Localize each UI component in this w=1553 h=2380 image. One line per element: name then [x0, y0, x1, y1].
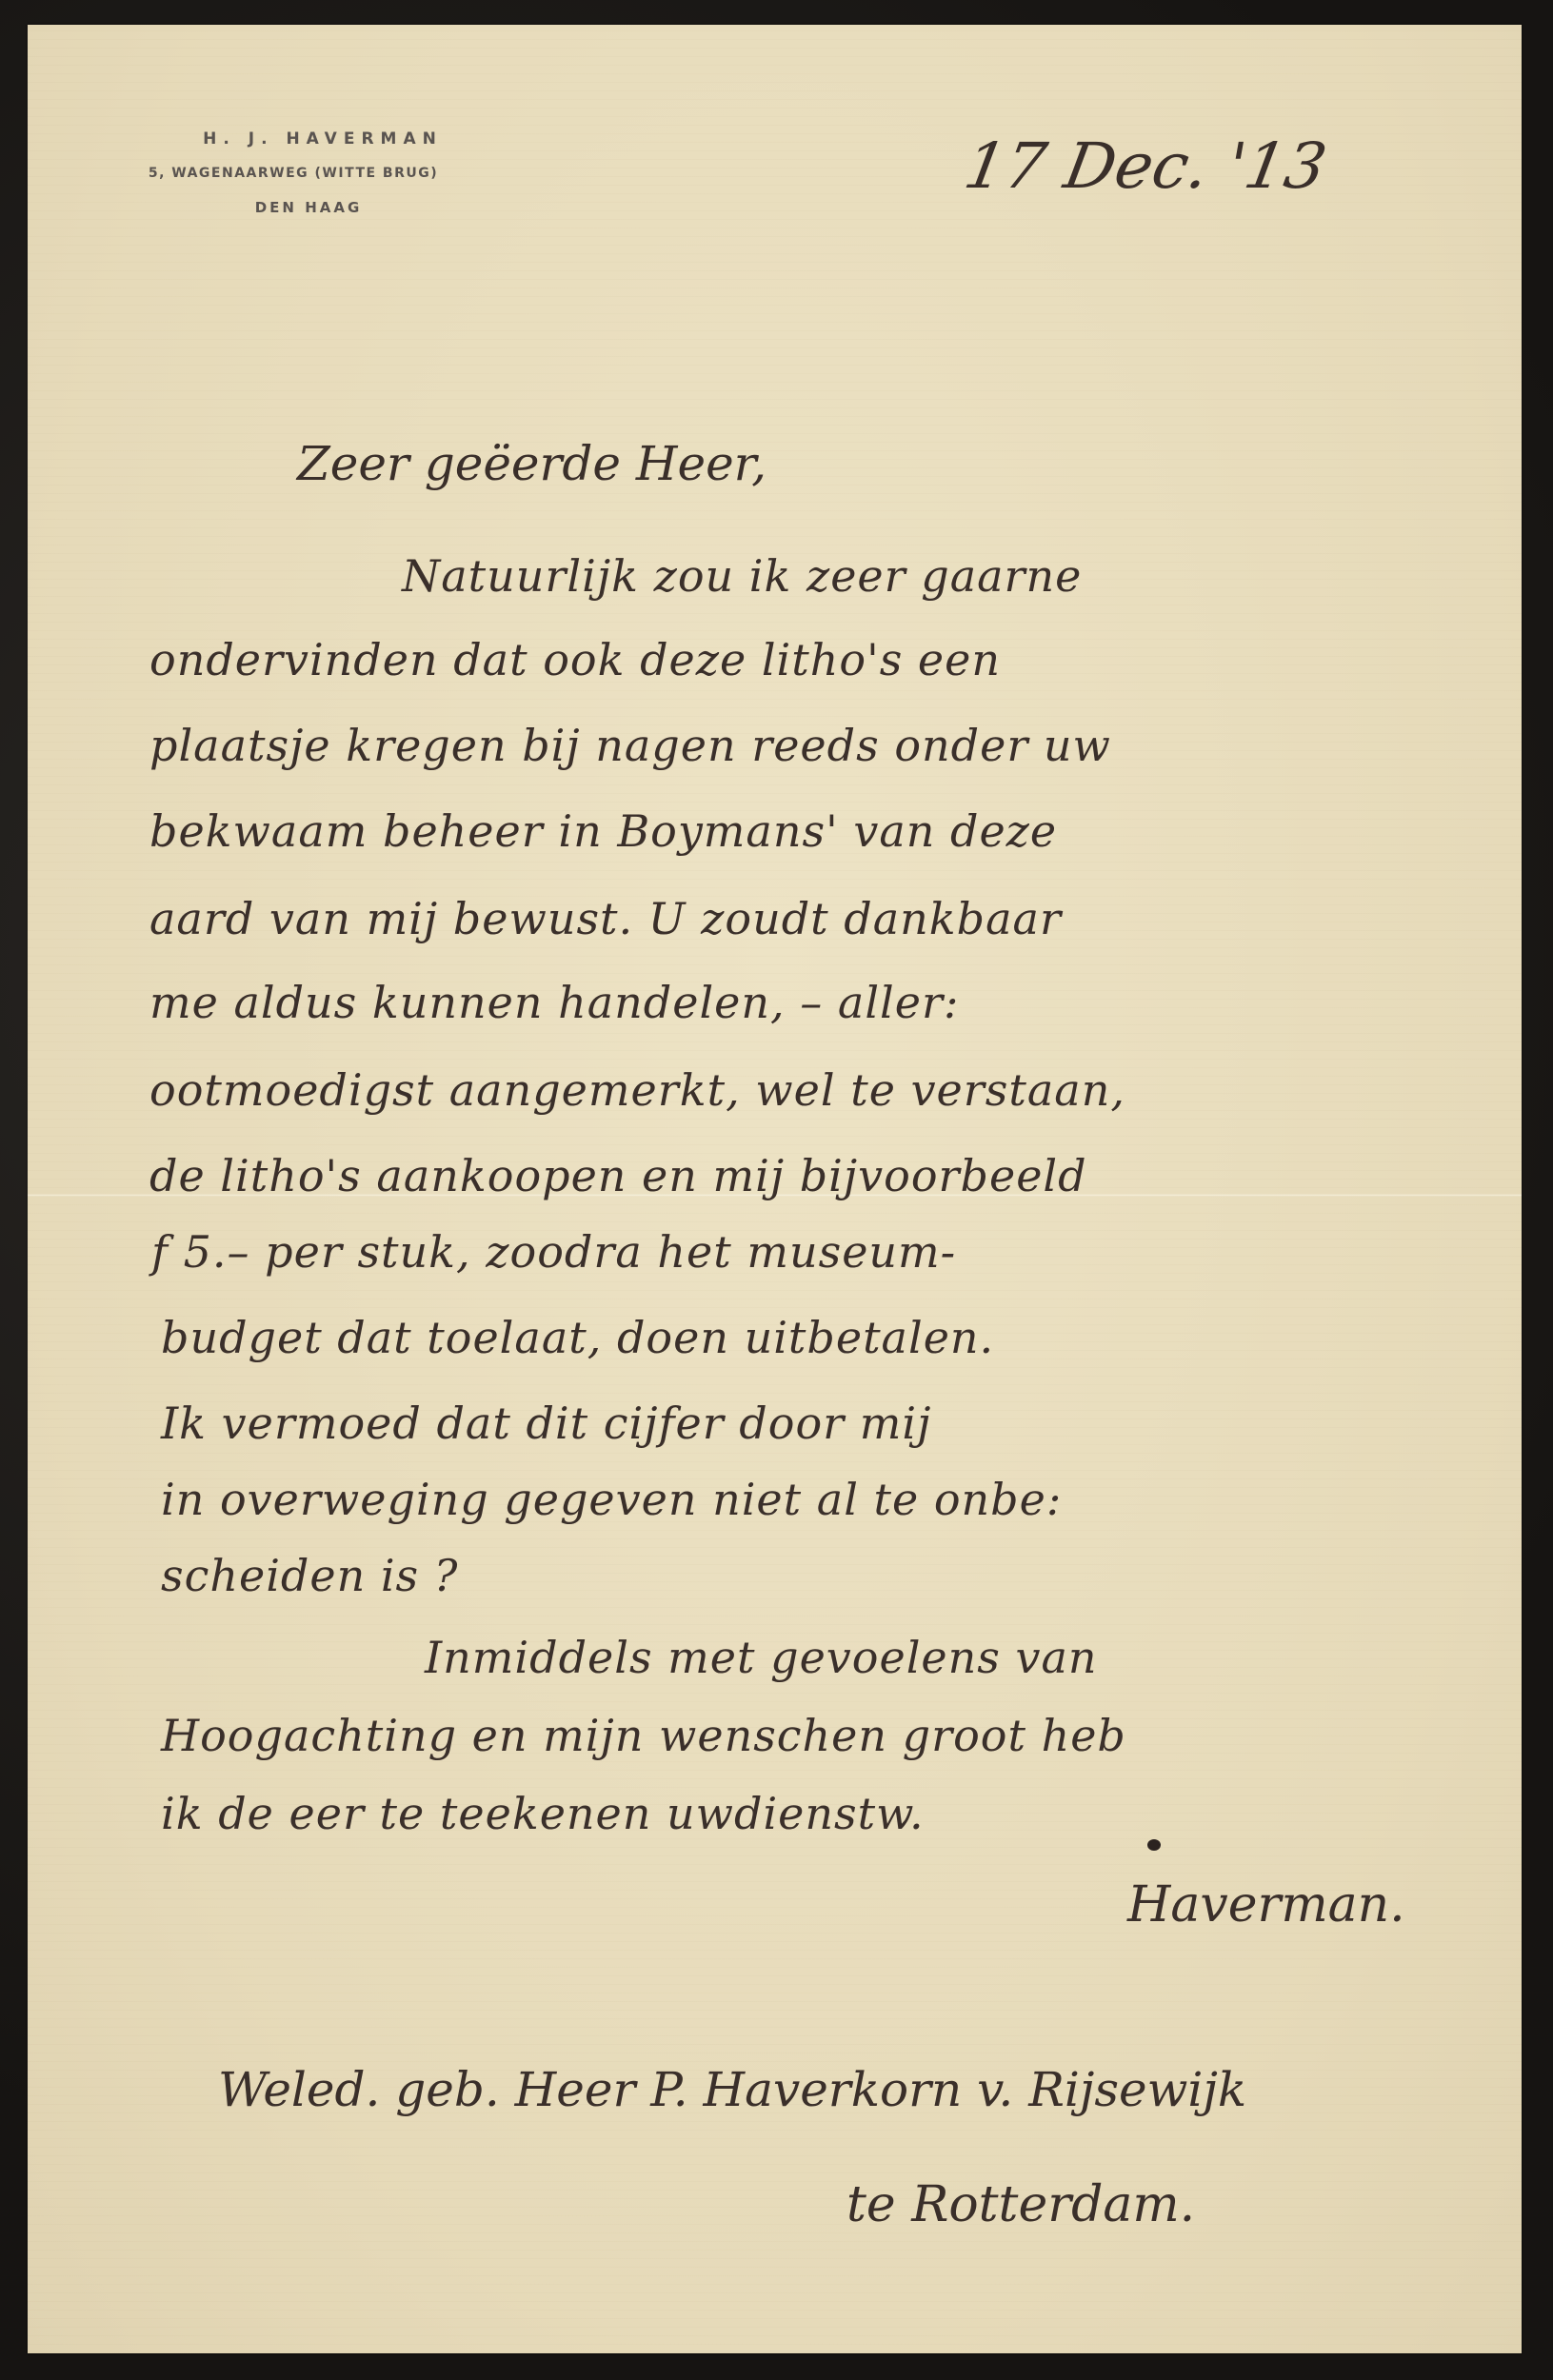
closing-line: Inmiddels met gevoelens van — [425, 1632, 1098, 1683]
body-line: plaatsje kregen bij nagen reeds onder uw — [149, 720, 1111, 771]
closing-line: Hoogachting en mijn wenschen groot heb — [161, 1710, 1126, 1761]
salutation: Zeer geëerde Heer, — [297, 436, 767, 491]
letterhead-city: DEN HAAG — [113, 188, 504, 227]
body-line: Ik vermoed dat dit cijfer door mij — [161, 1398, 931, 1449]
body-line: scheiden is ? — [161, 1550, 458, 1601]
body-line: aard van mij bewust. U zoudt dankbaar — [149, 893, 1062, 944]
body-line: budget dat toelaat, doen uitbetalen. — [161, 1312, 994, 1363]
signature: Haverman. — [1127, 1876, 1405, 1934]
letterhead-name: H. J. HAVERMAN — [142, 120, 504, 158]
body-line: ondervinden dat ook deze litho's een — [149, 634, 1001, 685]
letter-date: 17 Dec. '13 — [959, 129, 1332, 203]
recipient-name: Weled. geb. Heer P. Haverkorn v. Rijsewi… — [218, 2062, 1246, 2117]
letterhead-address: 5, WAGENAARWEG (WITTE BRUG) — [83, 158, 504, 188]
body-line: f 5.– per stuk, zoodra het museum- — [151, 1226, 956, 1278]
ink-dot — [1147, 1839, 1161, 1851]
body-line: ootmoedigst aangemerkt, wel te verstaan, — [149, 1064, 1125, 1116]
closing-line: ik de eer te teekenen uwdienstw. — [161, 1788, 925, 1839]
body-line: in overweging gegeven niet al te onbe: — [161, 1474, 1062, 1525]
body-line: bekwaam beheer in Boymans' van deze — [149, 805, 1057, 857]
body-line: Natuurlijk zou ik zeer gaarne — [402, 550, 1082, 602]
letter-paper: H. J. HAVERMAN 5, WAGENAARWEG (WITTE BRU… — [28, 25, 1522, 2353]
body-line: de litho's aankoopen en mij bijvoorbeeld — [149, 1150, 1087, 1201]
letterhead: H. J. HAVERMAN 5, WAGENAARWEG (WITTE BRU… — [104, 120, 504, 227]
body-line: me aldus kunnen handelen, – aller: — [149, 977, 959, 1028]
recipient-city: te Rotterdam. — [846, 2176, 1195, 2233]
